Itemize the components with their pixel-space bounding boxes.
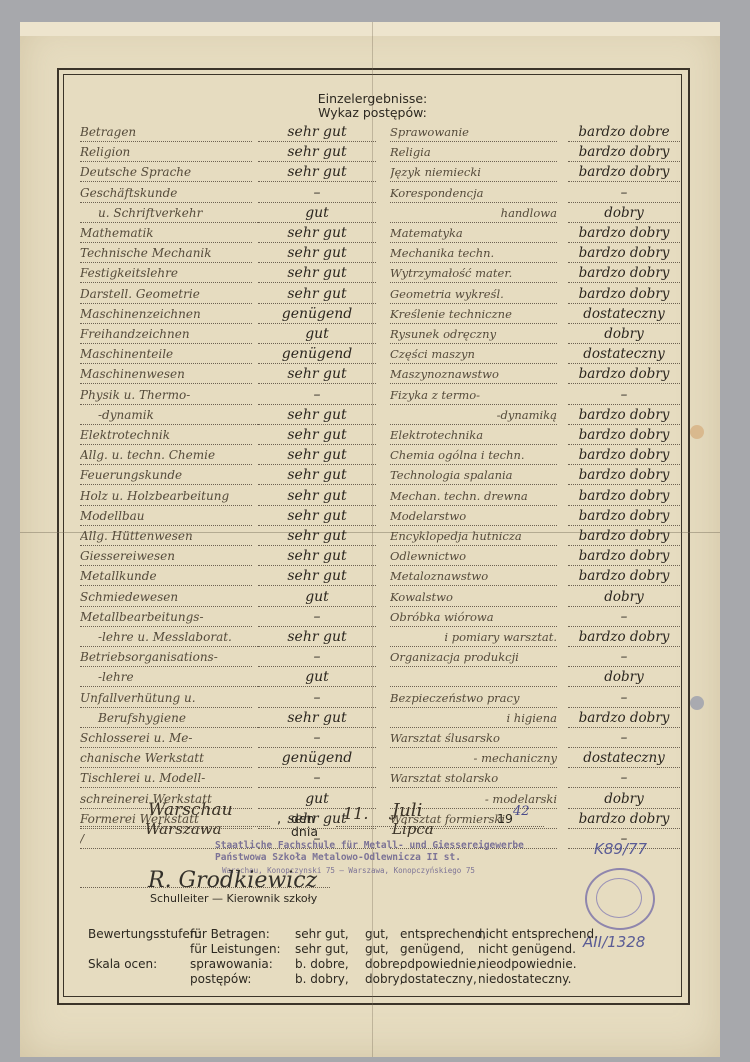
subject-polish: Sprawowanie [390,122,557,142]
scale-label-german: Bewertungsstufen: [88,927,201,942]
table-row: Modellbausehr gutModelarstwobardzo dobry [80,506,680,526]
school-stamp-line2: Państwowa Szkoła Metalowo-Odlewnicza II … [215,852,461,863]
scale-grade-3: odpowiednie, [400,957,480,972]
subject-polish: Maszynoznawstwo [390,364,557,384]
subject-polish: Mechanika techn. [390,243,557,263]
day: 11. [343,804,368,823]
scale-grade-2: gut, [365,927,389,942]
grade-german: – [258,728,376,748]
grade-polish: dobry [568,203,680,223]
table-row: FreihandzeichnengutRysunek odręcznydobry [80,324,680,344]
grade-german: gut [258,324,376,344]
table-row: Darstell. Geometriesehr gutGeometria wyk… [80,284,680,304]
grade-german: gut [258,203,376,223]
scale-key: für Leistungen: [190,942,281,957]
subject-polish: - mechaniczny [390,748,557,768]
subject-german: Darstell. Geometrie [80,284,252,304]
grade-polish: – [568,607,680,627]
subject-german: Deutsche Sprache [80,162,252,182]
grade-polish: bardzo dobry [568,445,680,465]
grade-german: sehr gut [258,405,376,425]
grade-german: – [258,768,376,788]
table-row: Berufshygienesehr guti higienabardzo dob… [80,708,680,728]
scale-grade-4: niedostateczny. [478,972,571,987]
table-row: Metallkundesehr gutMetaloznawstwobardzo … [80,566,680,586]
grade-german: sehr gut [258,445,376,465]
punch-hole-icon [690,425,704,439]
table-row: Betriebsorganisations-–Organizacja produ… [80,647,680,667]
grade-polish: bardzo dobry [568,526,680,546]
table-row: SchmiedewesengutKowalstwodobry [80,587,680,607]
scale-grade-4: nicht entsprechend. [478,927,598,942]
subject-polish: Matematyka [390,223,557,243]
subject-german: -lehre u. Messlaborat. [80,627,270,647]
table-row: Maschinenwesensehr gutMaszynoznawstwobar… [80,364,680,384]
grade-german: sehr gut [258,708,376,728]
scale-key: sprawowania: [190,957,273,972]
subject-german: Tischlerei u. Modell- [80,768,252,788]
scale-key: für Betragen: [190,927,270,942]
subject-polish: Metaloznawstwo [390,566,557,586]
grade-german: sehr gut [258,425,376,445]
subject-german: Betragen [80,122,252,142]
subject-polish: Odlewnictwo [390,546,557,566]
subject-polish [390,667,557,687]
subject-german: Technische Mechanik [80,243,252,263]
grade-polish: bardzo dobry [568,263,680,283]
subject-polish: Encyklopedja hutnicza [390,526,557,546]
subject-german: Modellbau [80,506,252,526]
table-row: chanische Werkstattgenügend- mechaniczny… [80,748,680,768]
scale-grade-2: dobre, [365,957,403,972]
round-stamp-icon [585,868,655,930]
year-suffix: 42 [513,804,530,819]
table-row: Feuerungskundesehr gutTechnologia spalan… [80,465,680,485]
subject-german: Allg. u. techn. Chemie [80,445,252,465]
grade-german: sehr gut [258,364,376,384]
subject-german: Mathematik [80,223,252,243]
grade-polish: bardzo dobry [568,809,680,829]
scale-grade-4: nicht genügend. [478,942,576,957]
subject-polish: Kowalstwo [390,587,557,607]
table-row: MaschinenteilegenügendCzęści maszyndosta… [80,344,680,364]
subject-polish: Kreślenie techniczne [390,304,557,324]
table-row: Giessereiwesensehr gutOdlewnictwobardzo … [80,546,680,566]
grade-german: gut [258,587,376,607]
grade-german: sehr gut [258,506,376,526]
table-row: -lehregutdobry [80,667,680,687]
table-row: Physik u. Thermo-–Fizyka z termo-– [80,385,680,405]
subject-german: Metallbearbeitungs- [80,607,252,627]
subject-german: -dynamik [80,405,270,425]
scale-key: postępów: [190,972,251,987]
grade-polish: bardzo dobre [568,122,680,142]
paper-top-edge [20,22,720,36]
grade-polish: bardzo dobry [568,546,680,566]
grade-polish: – [568,647,680,667]
year-prefix: 19 [497,811,513,826]
signer-title: Schulleiter — Kierownik szkoły [150,892,317,905]
grade-polish: – [568,183,680,203]
table-row: Metallbearbeitungs-–Obróbka wiórowa– [80,607,680,627]
subject-polish: Chemia ogólna i techn. [390,445,557,465]
grade-polish: bardzo dobry [568,243,680,263]
grade-polish: dobry [568,587,680,607]
subject-polish: Modelarstwo [390,506,557,526]
grade-german: sehr gut [258,223,376,243]
signature-line [80,887,330,888]
grade-german: sehr gut [258,486,376,506]
grade-german: genügend [258,344,376,364]
grade-german: sehr gut [258,162,376,182]
subject-polish: Fizyka z termo- [390,385,557,405]
grade-german: sehr gut [258,142,376,162]
table-row: Mathematiksehr gutMatematykabardzo dobry [80,223,680,243]
grade-german: sehr gut [258,122,376,142]
subject-german: Festigkeitslehre [80,263,252,283]
month-german: Juli [392,800,422,821]
table-row: u. Schriftverkehrguthandlowadobry [80,203,680,223]
subject-polish: Mechan. techn. drewna [390,486,557,506]
subject-polish: handlowa [390,203,557,223]
grade-german: sehr gut [258,465,376,485]
subject-polish: Części maszyn [390,344,557,364]
place-polish: Warszawa [145,820,222,838]
signature: R. Grodkiewicz [148,868,317,893]
scale-grade-1: b. dobre, [295,957,349,972]
scale-grade-3: entsprechend, [400,927,486,942]
subject-german: Physik u. Thermo- [80,385,252,405]
scale-grade-2: dobry, [365,972,403,987]
scale-grade-1: sehr gut, [295,927,349,942]
subject-german: Geschäftskunde [80,183,252,203]
subject-german: Freihandzeichnen [80,324,252,344]
subject-german: -lehre [80,667,270,687]
subject-polish: Korespondencja [390,183,557,203]
subject-german: Maschinenzeichnen [80,304,252,324]
table-row: Deutsche Sprachesehr gutJęzyk niemieckib… [80,162,680,182]
subject-polish: Organizacja produkcji [390,647,557,667]
table-row: -lehre u. Messlaborat.sehr guti pomiary … [80,627,680,647]
subject-german: Giessereiwesen [80,546,252,566]
table-row: Festigkeitslehresehr gutWytrzymałość mat… [80,263,680,283]
grade-polish: bardzo dobry [568,486,680,506]
grade-polish: – [568,688,680,708]
subject-polish: Rysunek odręczny [390,324,557,344]
grade-polish: dostateczny [568,304,680,324]
subject-german: Holz u. Holzbearbeitung [80,486,252,506]
subject-german: Maschinenwesen [80,364,252,384]
grade-polish: bardzo dobry [568,506,680,526]
subject-german: Feuerungskunde [80,465,252,485]
subject-german: Maschinenteile [80,344,252,364]
grade-polish: bardzo dobry [568,425,680,445]
date-line [336,826,544,827]
grade-german: sehr gut [258,263,376,283]
subject-polish: i pomiary warsztat. [390,627,557,647]
subject-polish: Warsztat stolarsko [390,768,557,788]
subject-german: Berufshygiene [80,708,270,728]
heading-polish: Wykaz postępów: [63,106,682,120]
heading-german: Einzelergebnisse: [63,92,682,106]
month-polish: Lipca [392,820,434,838]
subject-german: Betriebsorganisations- [80,647,252,667]
grade-polish: bardzo dobry [568,465,680,485]
grade-german: – [258,385,376,405]
label-dnia: dnia [291,824,318,839]
grade-polish: bardzo dobry [568,142,680,162]
table-row: Geschäftskunde–Korespondencja– [80,183,680,203]
grade-polish: bardzo dobry [568,627,680,647]
table-row: Elektrotechniksehr gutElektrotechnikabar… [80,425,680,445]
grade-german: – [258,183,376,203]
subject-german: u. Schriftverkehr [80,203,270,223]
grade-polish: bardzo dobry [568,284,680,304]
table-row: Tischlerei u. Modell-–Warsztat stolarsko… [80,768,680,788]
grade-polish: dobry [568,324,680,344]
scale-grade-4: nieodpowiednie. [478,957,577,972]
table-row: -dynamiksehr gut-dynamikąbardzo dobry [80,405,680,425]
school-stamp-line1: Staatliche Fachschule für Metall- und Gi… [215,840,524,851]
table-row: Betragensehr gutSprawowaniebardzo dobre [80,122,680,142]
table-row: Unfallverhütung u.–Bezpieczeństwo pracy– [80,688,680,708]
grade-polish: bardzo dobry [568,223,680,243]
grade-polish: dostateczny [568,748,680,768]
subject-german: Schlosserei u. Me- [80,728,252,748]
subject-polish: Warsztat ślusarsko [390,728,557,748]
grade-polish: – [568,768,680,788]
table-row: Schlosserei u. Me-–Warsztat ślusarsko– [80,728,680,748]
grade-german: sehr gut [258,526,376,546]
subject-german: chanische Werkstatt [80,748,252,768]
subject-german: Allg. Hüttenwesen [80,526,252,546]
grade-polish: – [568,728,680,748]
grade-german: sehr gut [258,243,376,263]
scale-label-polish: Skala ocen: [88,957,157,972]
grade-polish: dostateczny [568,344,680,364]
subject-german: Religion [80,142,252,162]
subject-polish: Religia [390,142,557,162]
grade-german: sehr gut [258,284,376,304]
subject-polish: Elektrotechnika [390,425,557,445]
place-line [80,826,270,827]
subject-german: Elektrotechnik [80,425,252,445]
grade-polish: bardzo dobry [568,405,680,425]
table-row: Allg. Hüttenwesensehr gutEncyklopedja hu… [80,526,680,546]
archive-reference: K89/77 [594,840,647,858]
table-row: Religionsehr gutReligiabardzo dobry [80,142,680,162]
grade-german: gut [258,667,376,687]
grade-polish: bardzo dobry [568,162,680,182]
table-row: MaschinenzeichnengenügendKreślenie techn… [80,304,680,324]
subject-german: Schmiedewesen [80,587,252,607]
grade-german: – [258,688,376,708]
subject-polish: Język niemiecki [390,162,557,182]
subject-german: Metallkunde [80,566,252,586]
grade-polish: dobry [568,667,680,687]
subject-polish: Technologia spalania [390,465,557,485]
place-german: Warschau [148,800,233,820]
grade-german: sehr gut [258,566,376,586]
scale-grade-1: b. dobry, [295,972,349,987]
subject-polish: Obróbka wiórowa [390,607,557,627]
grade-german: – [258,607,376,627]
grade-polish: bardzo dobry [568,364,680,384]
subject-polish: Wytrzymałość mater. [390,263,557,283]
table-row: Holz u. Holzbearbeitungsehr gutMechan. t… [80,486,680,506]
grade-polish: dobry [568,789,680,809]
grade-german: genügend [258,748,376,768]
grade-german: sehr gut [258,627,376,647]
subject-polish: Bezpieczeństwo pracy [390,688,557,708]
scale-grade-3: genügend, [400,942,464,957]
subject-polish: -dynamiką [390,405,557,425]
subject-polish: i higiena [390,708,557,728]
grade-polish: bardzo dobry [568,708,680,728]
subject-german: Unfallverhütung u. [80,688,252,708]
grade-german: sehr gut [258,546,376,566]
table-row: Technische Mechaniksehr gutMechanika tec… [80,243,680,263]
grade-german: genügend [258,304,376,324]
subject-polish: Geometria wykreśl. [390,284,557,304]
scale-grade-3: dostateczny, [400,972,477,987]
grade-german: – [258,647,376,667]
grade-polish: – [568,385,680,405]
grade-polish: bardzo dobry [568,566,680,586]
table-row: Allg. u. techn. Chemiesehr gutChemia ogó… [80,445,680,465]
punch-hole-icon [690,696,704,710]
scale-grade-1: sehr gut, [295,942,349,957]
scale-grade-2: gut, [365,942,389,957]
